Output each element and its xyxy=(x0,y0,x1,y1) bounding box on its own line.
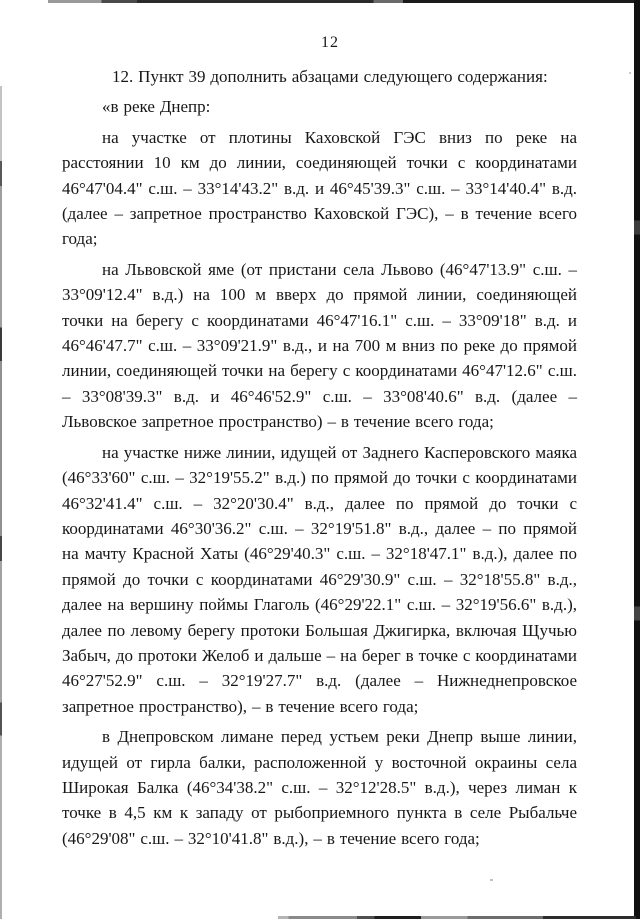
paragraph-dnieper-estuary-zone: в Днепровском лимане перед устьем реки Д… xyxy=(62,724,577,851)
scan-artifact-top-edge xyxy=(48,0,640,3)
document-body: 12. Пункт 39 дополнить абзацами следующе… xyxy=(62,64,577,856)
scan-speck xyxy=(629,72,631,74)
paragraph-river-dnepr-opening: «в реке Днепр: xyxy=(62,94,577,119)
scan-speck xyxy=(490,879,493,881)
scan-artifact-right-edge xyxy=(634,0,640,919)
scan-artifact-left-edge xyxy=(0,86,2,919)
paragraph-lvovo-pit-zone: на Львовской яме (от пристани села Львов… xyxy=(62,257,577,435)
paragraph-lower-dnieper-zone: на участке ниже линии, идущей от Заднего… xyxy=(62,440,577,719)
paragraph-kakhovka-hpp-zone: на участке от плотины Каховской ГЭС вниз… xyxy=(62,125,577,252)
page-number: 12 xyxy=(0,34,640,52)
paragraph-amendment-intro: 12. Пункт 39 дополнить абзацами следующе… xyxy=(62,64,577,89)
scanned-document-page: 12 12. Пункт 39 дополнить абзацами следу… xyxy=(0,0,640,919)
